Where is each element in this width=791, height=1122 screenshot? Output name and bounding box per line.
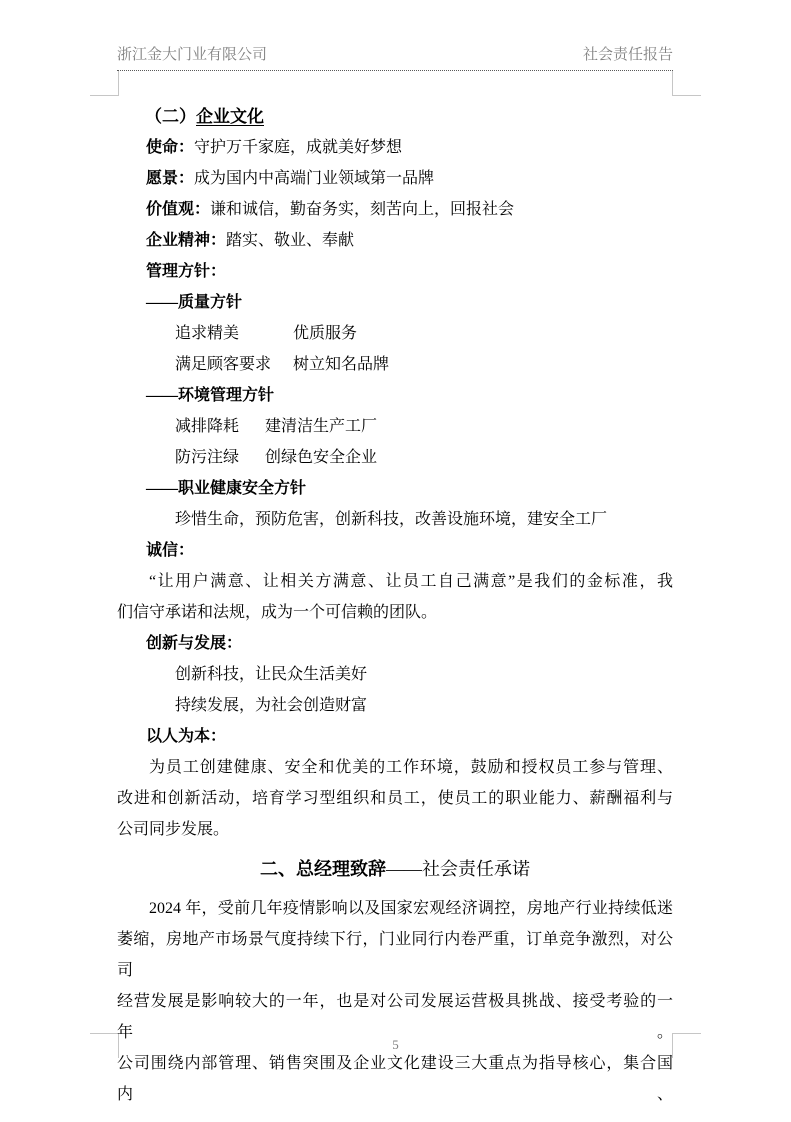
chapter-heading: 二、总经理致辞——社会责任承诺 <box>117 854 673 885</box>
page-footer: 5 <box>0 1036 791 1054</box>
emphasis-text: （二） <box>145 107 196 126</box>
section-heading: （二）企业文化 <box>117 101 673 132</box>
text-line: 追求精美优质服务 <box>117 318 673 349</box>
text-line: 创新与发展： <box>117 628 673 659</box>
text-line: ——环境管理方针 <box>117 380 673 411</box>
text-line: 公司围绕内部管理、销售突围及企业文化建设三大重点为指导核心，集合国内、 <box>117 1048 673 1110</box>
page-number: 5 <box>392 1037 399 1052</box>
emphasis-text: 企业文化 <box>196 107 264 126</box>
emphasis-text: ——质量方针 <box>146 294 242 311</box>
text-boundary-mark-top-right <box>672 71 701 96</box>
header-company-name: 浙江金大门业有限公司 <box>117 44 267 66</box>
body-text: 2024 年，受前几年疫情影响以及国家宏观经济调控，房地产行业持续低迷 <box>149 900 673 917</box>
body-text: “让用户满意、让相关方满意、让员工自己满意”是我们的金标准，我 <box>149 573 673 590</box>
body-text: 创新科技，让民众生活美好 <box>175 666 367 683</box>
body-text: ——社会责任承诺 <box>386 859 530 879</box>
emphasis-text: 创新与发展： <box>146 635 242 652</box>
body-text: 公司同步发展。 <box>117 821 229 838</box>
text-line: 改进和创新活动，培育学习型组织和员工，使员工的职业能力、薪酬福利与 <box>117 783 673 814</box>
body-text: 珍惜生命，预防危害，创新科技，改善设施环境，建安全工厂 <box>175 511 607 528</box>
text-line: 使命：守护万千家庭，成就美好梦想 <box>117 132 673 163</box>
text-line: ——质量方针 <box>117 287 673 318</box>
text-line: ——职业健康安全方针 <box>117 473 673 504</box>
column-text: 减排降耗 <box>175 411 265 442</box>
body-text: 守护万千家庭，成就美好梦想 <box>194 139 402 156</box>
body-text: 成为国内中高端门业领域第一品牌 <box>194 170 434 187</box>
text-line: 持续发展，为社会创造财富 <box>117 690 673 721</box>
emphasis-text: 以人为本： <box>146 728 226 745</box>
text-line: 价值观：谦和诚信，勤奋务实，刻苦向上，回报社会 <box>117 194 673 225</box>
text-line: 创新科技，让民众生活美好 <box>117 659 673 690</box>
emphasis-text: 企业精神： <box>146 232 226 249</box>
column-text: 防污注绿 <box>175 442 265 473</box>
column-text: 创绿色安全企业 <box>265 449 377 466</box>
text-line: “让用户满意、让相关方满意、让员工自己满意”是我们的金标准，我 <box>117 566 673 597</box>
body-text: 改进和创新活动，培育学习型组织和员工，使员工的职业能力、薪酬福利与 <box>117 790 673 807</box>
emphasis-text: 二、总经理致辞 <box>260 859 386 879</box>
header-report-title: 社会责任报告 <box>583 44 673 66</box>
text-boundary-mark-top-left <box>90 71 119 96</box>
emphasis-text: 愿景： <box>146 170 194 187</box>
body-text: 公司围绕内部管理、销售突围及企业文化建设三大重点为指导核心，集合国内、 <box>117 1055 673 1103</box>
text-line: 们信守承诺和法规，成为一个可信赖的团队。 <box>117 597 673 628</box>
text-line: 2024 年，受前几年疫情影响以及国家宏观经济调控，房地产行业持续低迷 <box>117 893 673 924</box>
emphasis-text: 管理方针： <box>146 263 226 280</box>
emphasis-text: ——职业健康安全方针 <box>146 480 306 497</box>
body-text: 萎缩，房地产市场景气度持续下行，门业同行内卷严重，订单竞争激烈，对公司 <box>117 931 673 979</box>
text-line: 为员工创建健康、安全和优美的工作环境，鼓励和授权员工参与管理、 <box>117 752 673 783</box>
emphasis-text: 诚信： <box>146 542 194 559</box>
text-line: 防污注绿创绿色安全企业 <box>117 442 673 473</box>
text-line: 企业精神：踏实、敬业、奉献 <box>117 225 673 256</box>
text-line: 减排降耗建清洁生产工厂 <box>117 411 673 442</box>
body-text: 为员工创建健康、安全和优美的工作环境，鼓励和授权员工参与管理、 <box>149 759 673 776</box>
emphasis-text: ——环境管理方针 <box>146 387 274 404</box>
text-line: 珍惜生命，预防危害，创新科技，改善设施环境，建安全工厂 <box>117 504 673 535</box>
emphasis-text: 使命： <box>146 139 194 156</box>
column-text: 追求精美 <box>175 318 293 349</box>
column-text: 优质服务 <box>293 325 357 342</box>
body-text: 们信守承诺和法规，成为一个可信赖的团队。 <box>117 604 437 621</box>
body-text: 经营发展是影响较大的一年，也是对公司发展运营极具挑战、接受考验的一年。 <box>117 993 673 1041</box>
text-line: 诚信： <box>117 535 673 566</box>
text-line: 满足顾客要求树立知名品牌 <box>117 349 673 380</box>
body-text: 持续发展，为社会创造财富 <box>175 697 367 714</box>
column-text: 建清洁生产工厂 <box>265 418 377 435</box>
document-page: { "page": { "header": { "left": "浙江金大门业有… <box>0 0 791 1122</box>
text-line: 以人为本： <box>117 721 673 752</box>
page-header: 浙江金大门业有限公司 社会责任报告 <box>117 44 673 71</box>
text-line: 萎缩，房地产市场景气度持续下行，门业同行内卷严重，订单竞争激烈，对公司 <box>117 924 673 986</box>
text-line: 愿景：成为国内中高端门业领域第一品牌 <box>117 163 673 194</box>
column-text: 满足顾客要求 <box>175 349 293 380</box>
emphasis-text: 价值观： <box>146 201 210 218</box>
body-text: 踏实、敬业、奉献 <box>226 232 354 249</box>
document-body: （二）企业文化使命：守护万千家庭，成就美好梦想愿景：成为国内中高端门业领域第一品… <box>117 101 673 1110</box>
text-line: 公司同步发展。 <box>117 814 673 845</box>
text-line: 管理方针： <box>117 256 673 287</box>
body-text: 谦和诚信，勤奋务实，刻苦向上，回报社会 <box>210 201 514 218</box>
column-text: 树立知名品牌 <box>293 356 389 373</box>
